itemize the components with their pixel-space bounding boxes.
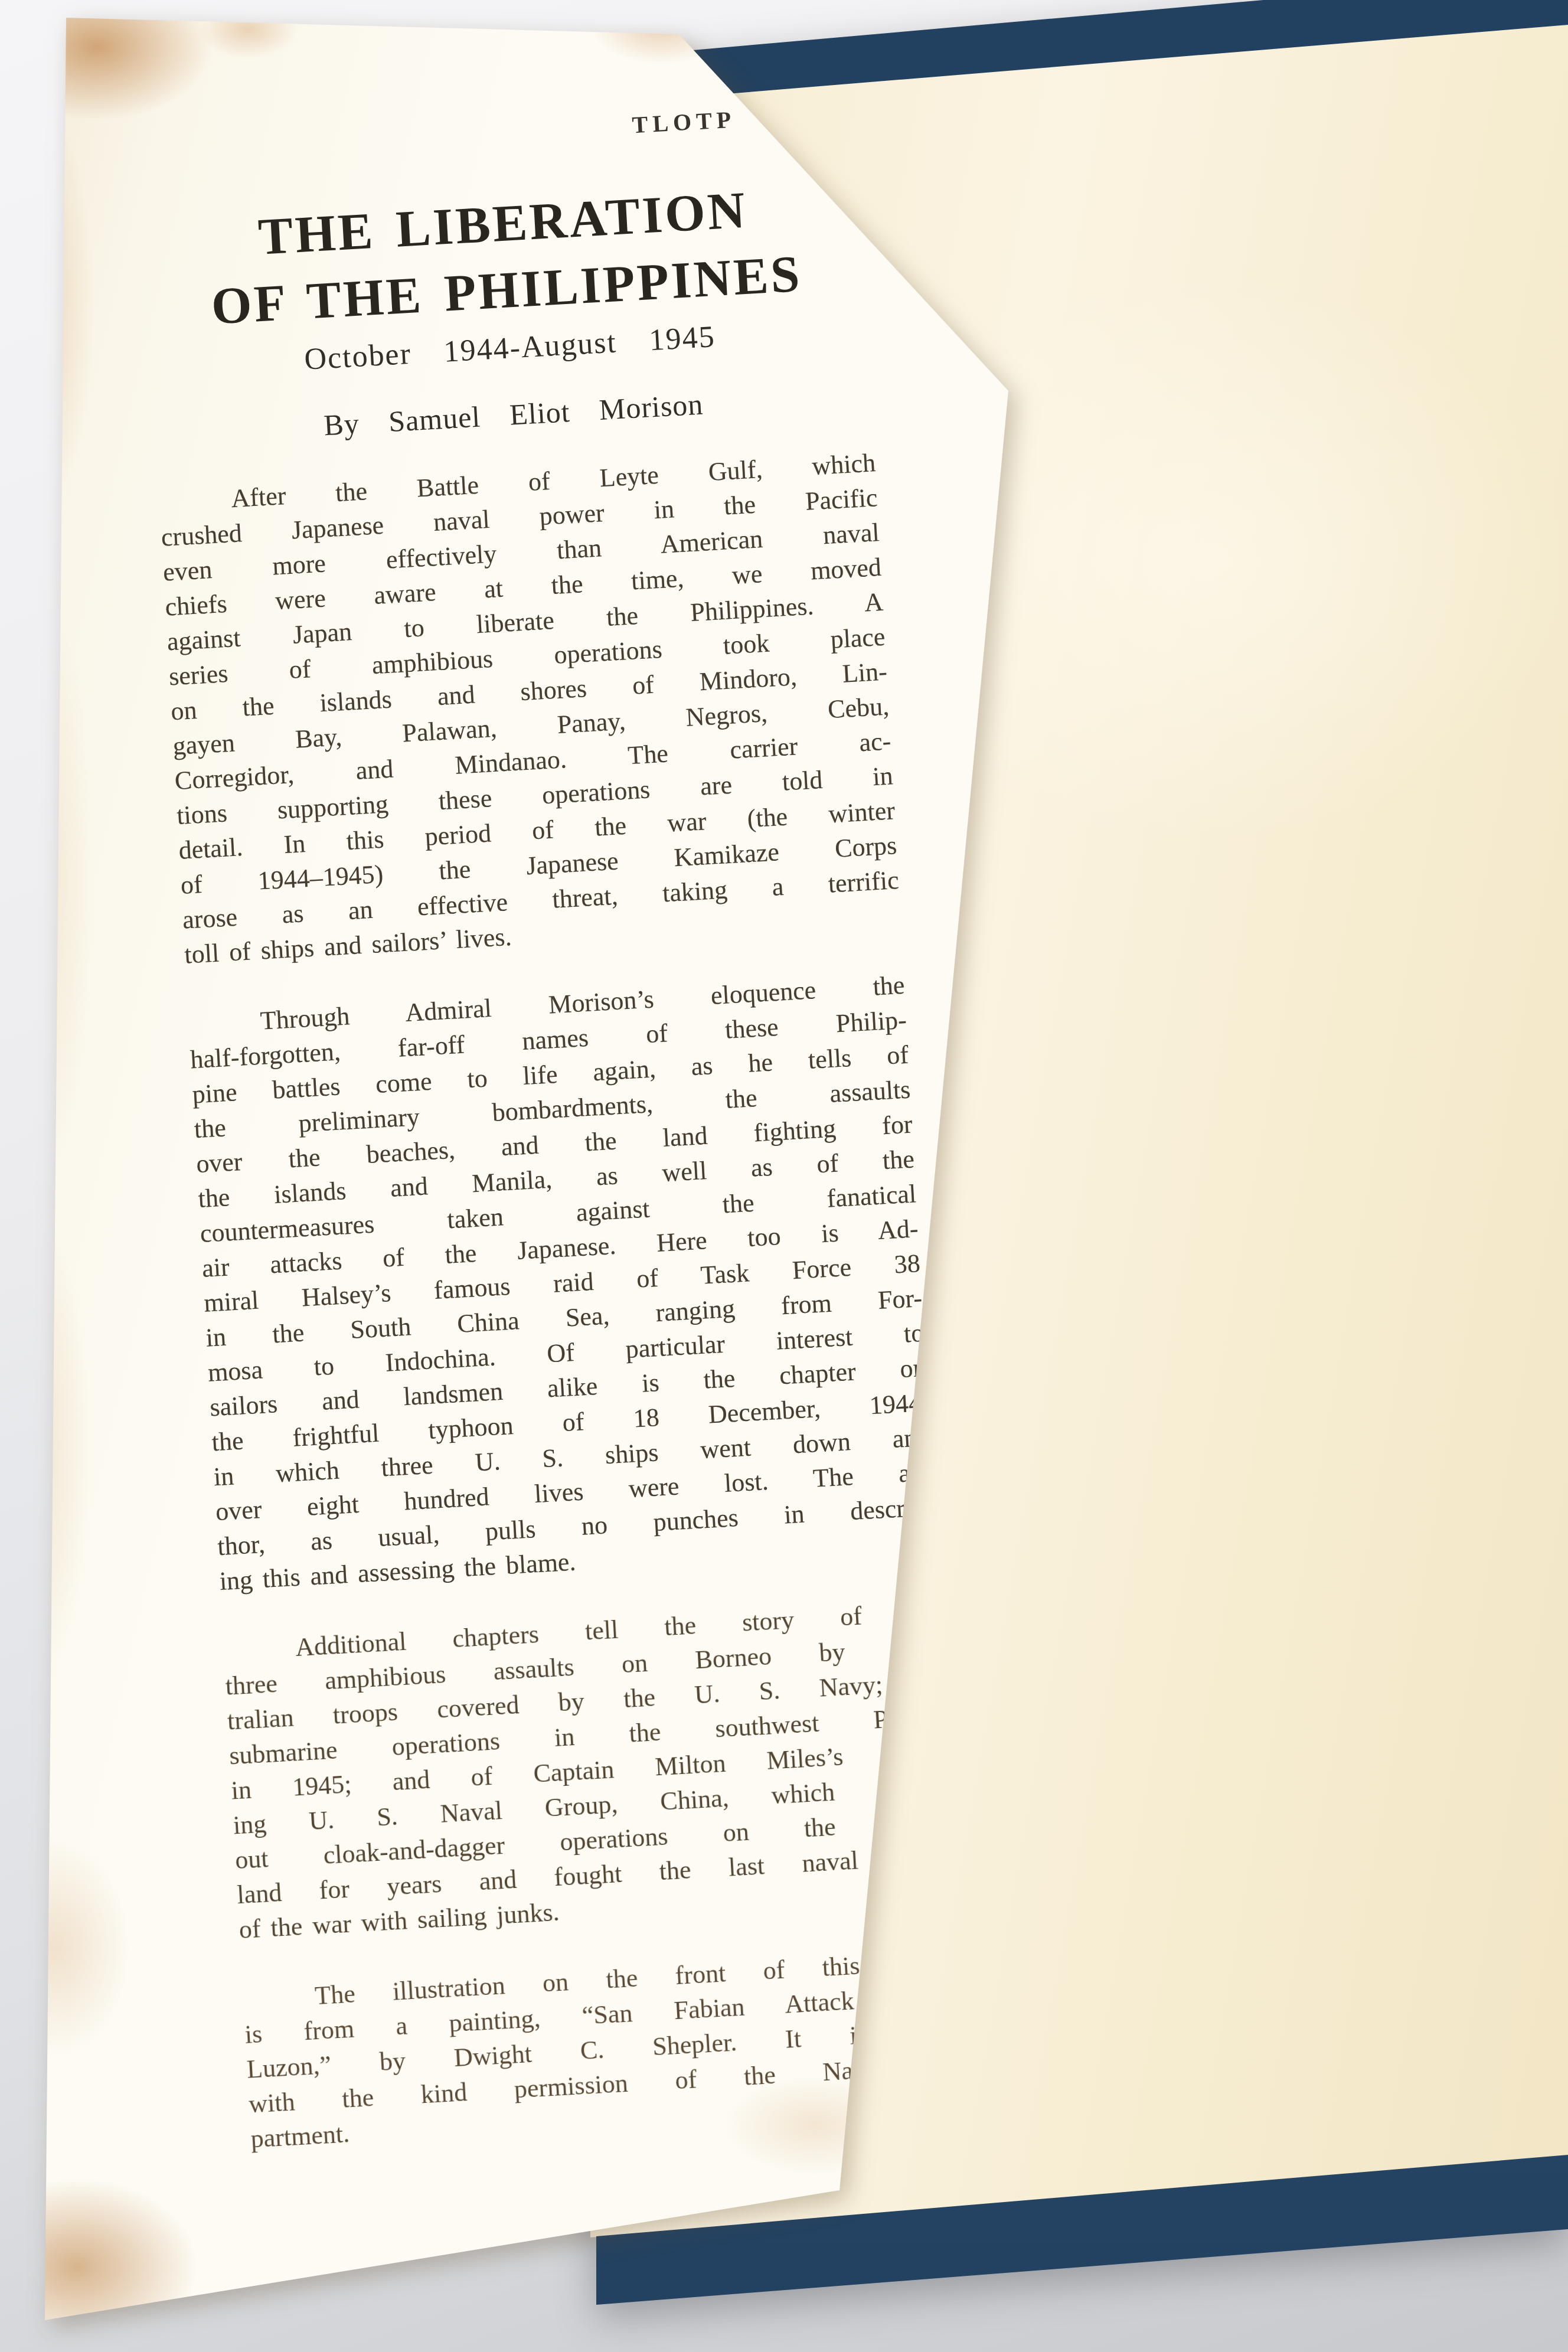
flap-paragraph: Additional chapters tell the story of th… <box>223 1594 956 1947</box>
flap-text-block: TLOTP THE LIBERATION OF THE PHILIPPINES … <box>138 75 968 2156</box>
flap-paragraph: After the Battle of Leyte Gulf, whichcru… <box>158 445 901 972</box>
jacket-flap: TLOTP THE LIBERATION OF THE PHILIPPINES … <box>0 0 1568 2352</box>
book-byline: By Samuel Eliot Morison <box>154 375 873 453</box>
flap-paragraph: Through Admiral Morison’s eloquence theh… <box>188 968 937 1599</box>
book-photo: TLOTP THE LIBERATION OF THE PHILIPPINES … <box>0 0 1568 2352</box>
flap-header-code: TLOTP <box>139 96 857 169</box>
jacket-flap-wrapper: TLOTP THE LIBERATION OF THE PHILIPPINES … <box>0 0 1568 2352</box>
flap-paragraph: The illustration on the front of this ja… <box>242 1942 968 2156</box>
flap-paragraphs: After the Battle of Leyte Gulf, whichcru… <box>158 445 968 2156</box>
